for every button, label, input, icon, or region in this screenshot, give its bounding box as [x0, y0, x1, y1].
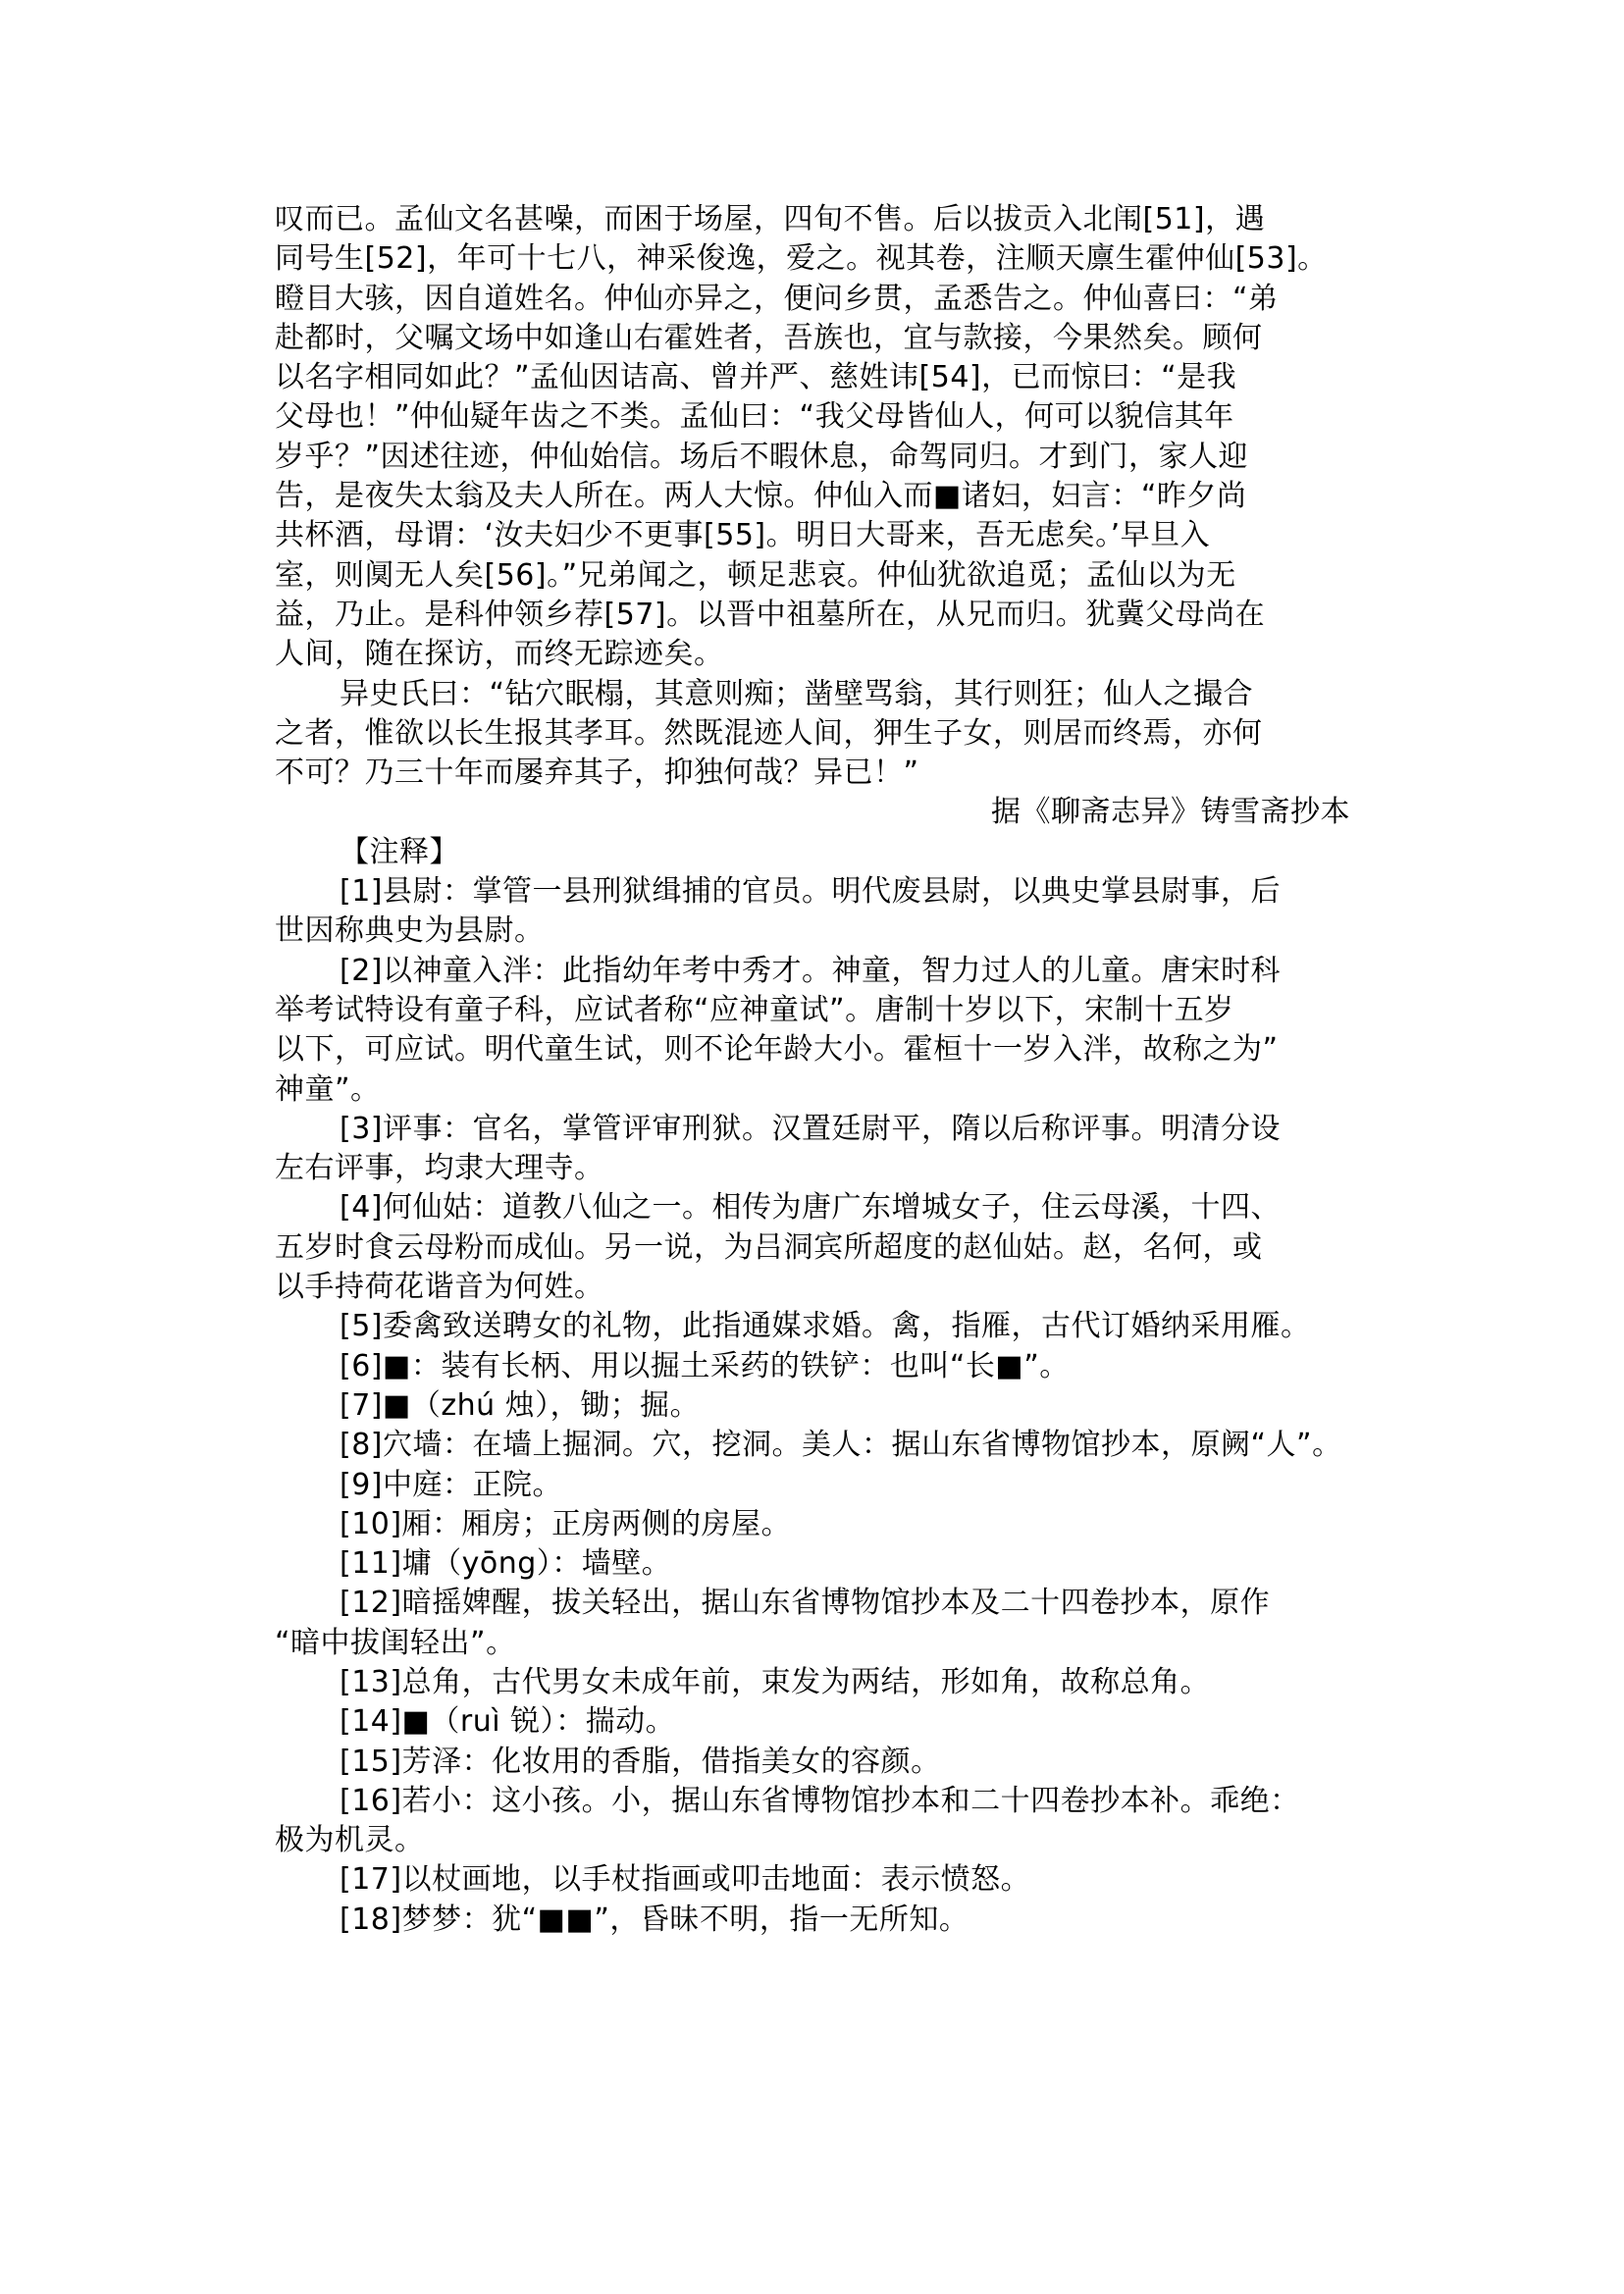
body-line: 叹而已。孟仙文名甚噪，而困于场屋，四旬不售。后以拔贡入北闱[51]，遇: [275, 200, 1360, 239]
note-line: 左右评事，均隶大理寺。: [275, 1149, 1360, 1188]
body-line: 赴都时，父嘱文场中如逢山右霍姓者，吾族也，宜与款接，今果然矣。顾何: [275, 319, 1360, 358]
body-line: 共杯酒，母谓：‘汝夫妇少不更事[55]。明日大哥来，吾无虑矣。’早旦入: [275, 516, 1360, 555]
body-line: 岁乎？”因述往迹，仲仙始信。场后不暇休息，命驾同归。才到门，家人迎: [275, 438, 1360, 477]
note-line: 极为机灵。: [275, 1821, 1360, 1860]
note-line: [2]以神童入泮：此指幼年考中秀才。神童，智力过人的儿童。唐宋时科: [275, 952, 1360, 991]
body-line: 不可？乃三十年而屡弃其子，抑独何哉？异已！”: [275, 754, 1360, 793]
note-line: [17]以杖画地，以手杖指画或叩击地面：表示愤怒。: [275, 1860, 1360, 1900]
note-line: [16]若小：这小孩。小，据山东省博物馆抄本和二十四卷抄本补。乖绝：: [275, 1782, 1360, 1821]
note-line: 举考试特设有童子科，应试者称“应神童试”。唐制十岁以下，宋制十五岁: [275, 991, 1360, 1030]
note-line: [10]厢：厢房；正房两侧的房屋。: [275, 1505, 1360, 1544]
notes-heading: 【注释】: [275, 833, 1360, 872]
body-line: 益，乃止。是科仲领乡荐[57]。以晋中祖墓所在，从兄而归。犹冀父母尚在: [275, 596, 1360, 635]
note-line: [8]穴墙：在墙上掘洞。穴，挖洞。美人：据山东省博物馆抄本，原阙“人”。: [275, 1426, 1360, 1465]
note-line: [6]■：装有长柄、用以掘土采药的铁铲：也叫“长■”。: [275, 1347, 1360, 1386]
body-line: 以名字相同如此？”孟仙因诘高、曾并严、慈姓讳[54]，已而惊曰：“是我: [275, 358, 1360, 397]
note-line: [1]县尉：掌管一县刑狱缉捕的官员。明代废县尉，以典史掌县尉事，后: [275, 872, 1360, 912]
body-line: 父母也！”仲仙疑年齿之不类。孟仙曰：“我父母皆仙人，何可以貌信其年: [275, 397, 1360, 437]
note-line: 五岁时食云母粉而成仙。另一说，为吕洞宾所超度的赵仙姑。赵，名何，或: [275, 1228, 1360, 1268]
commentary-first-line: 异史氏曰：“钻穴眠榻，其意则痴；凿壁骂翁，其行则狂；仙人之撮合: [275, 675, 1360, 714]
body-line: 告，是夜失太翁及夫人所在。两人大惊。仲仙入而■诸妇，妇言：“昨夕尚: [275, 477, 1360, 516]
note-line: [11]墉（yōng）：墙壁。: [275, 1544, 1360, 1584]
note-line: [9]中庭：正院。: [275, 1466, 1360, 1505]
note-line: [4]何仙姑：道教八仙之一。相传为唐广东增城女子，住云母溪，十四、: [275, 1188, 1360, 1227]
body-line: 瞪目大骇，因自道姓名。仲仙亦异之，便问乡贯，孟悉告之。仲仙喜曰：“弟: [275, 280, 1360, 319]
note-line: [3]评事：官名，掌管评审刑狱。汉置廷尉平，隋以后称评事。明清分设: [275, 1110, 1360, 1149]
note-line: 神童”。: [275, 1070, 1360, 1110]
body-line: 之者，惟欲以长生报其孝耳。然既混迹人间，狎生子女，则居而终焉，亦何: [275, 714, 1360, 754]
note-line: [13]总角，古代男女未成年前，束发为两结，形如角，故称总角。: [275, 1663, 1360, 1702]
note-line: [14]■（ruì 锐）：揣动。: [275, 1702, 1360, 1742]
body-line: 同号生[52]，年可十七八，神采俊逸，爱之。视其卷，注顺天廪生霍仲仙[53]。: [275, 239, 1360, 279]
note-line: [12]暗摇婢醒，拔关轻出，据山东省博物馆抄本及二十四卷抄本，原作: [275, 1584, 1360, 1623]
text-block: 叹而已。孟仙文名甚噪，而困于场屋，四旬不售。后以拔贡入北闱[51]，遇 同号生[…: [275, 200, 1360, 1940]
note-line: 世因称典史为县尉。: [275, 912, 1360, 951]
note-line: [5]委禽致送聘女的礼物，此指通媒求婚。禽，指雁，古代订婚纳采用雁。: [275, 1307, 1360, 1346]
note-line: [18]梦梦：犹“■■”，昏昧不明，指一无所知。: [275, 1901, 1360, 1940]
note-line: “暗中拔闺轻出”。: [275, 1624, 1360, 1663]
note-line: [7]■（zhú 烛），锄；掘。: [275, 1386, 1360, 1426]
note-line: 以下，可应试。明代童生试，则不论年龄大小。霍桓十一岁入泮，故称之为”: [275, 1030, 1360, 1069]
document-page: 叹而已。孟仙文名甚噪，而困于场屋，四旬不售。后以拔贡入北闱[51]，遇 同号生[…: [0, 0, 1624, 2294]
note-line: [15]芳泽：化妆用的香脂，借指美女的容颜。: [275, 1743, 1360, 1782]
source-attribution: 据《聊斋志异》铸雪斋抄本: [275, 793, 1360, 832]
body-line: 人间，随在探访，而终无踪迹矣。: [275, 635, 1360, 674]
body-line: 室，则阒无人矣[56]。”兄弟闻之，顿足悲哀。仲仙犹欲追觅；孟仙以为无: [275, 556, 1360, 596]
note-line: 以手持荷花谐音为何姓。: [275, 1268, 1360, 1307]
